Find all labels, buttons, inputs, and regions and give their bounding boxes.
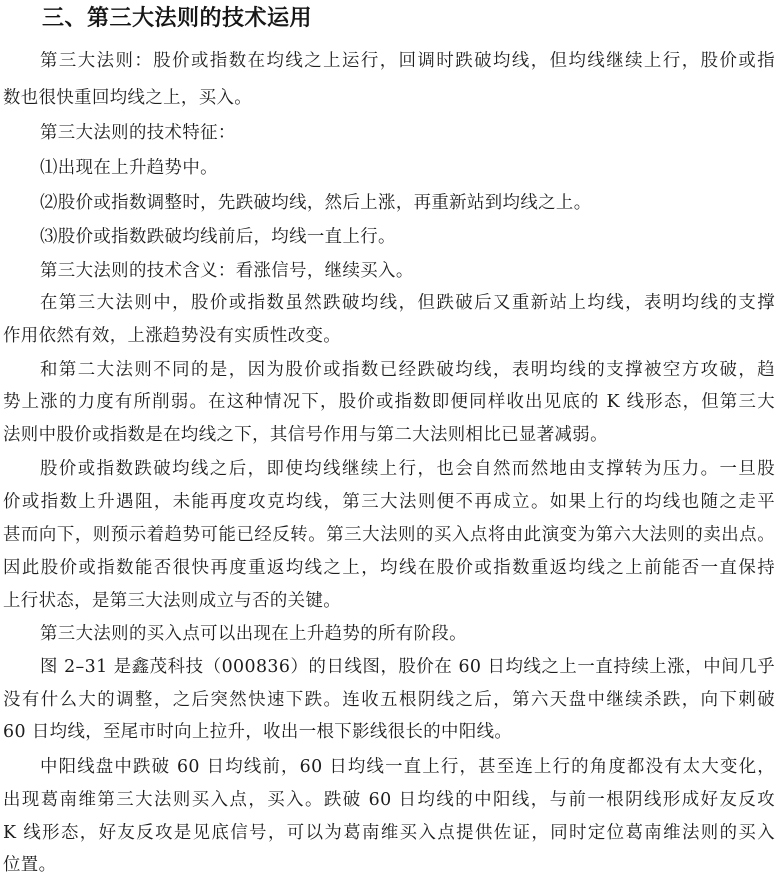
text-line: 价或指数上升遇阻，未能再度攻克均线，第三大法则便不再成立。如果上行的均线也随之走… [3, 489, 775, 515]
text-line: 没有什么大的调整，之后突然快速下跌。连收五根阴线之后，第六天盘中继续杀跌，向下刺… [3, 687, 775, 713]
text-line: 甚而向下，则预示着趋势可能已经反转。第三大法则的买入点将由此演变为第六大法则的卖… [3, 522, 775, 548]
document-page: 三、第三大法则的技术运用 第三大法则：股价或指数在均线之上运行，回调时跌破均线，… [0, 0, 778, 879]
text-line: 60 日均线，至尾市时向上拉升，收出一根下影线很长的中阳线。 [3, 719, 775, 745]
text-line: 第三大法则的技术特征： [40, 120, 775, 146]
text-line: 第三大法则的技术含义：看涨信号，继续买入。 [40, 258, 775, 284]
text-line: K 线形态，好友反攻是见底信号，可以为葛南维买入点提供佐证，同时定位葛南维法则的… [3, 820, 775, 846]
text-line: 中阳线盘中跌破 60 日均线前，60 日均线一直上行，甚至连上行的角度都没有太大… [40, 754, 775, 780]
text-line: 第三大法则的买入点可以出现在上升趋势的所有阶段。 [40, 621, 775, 647]
text-line: 数也很快重回均线之上，买入。 [3, 85, 775, 111]
text-line: 法则中股价或指数是在均线之下，其信号作用与第二大法则相比已显著减弱。 [3, 422, 775, 448]
text-line: 上行状态，是第三大法则成立与否的关键。 [3, 588, 775, 614]
text-line: ⑵股价或指数调整时，先跌破均线，然后上涨，再重新站到均线之上。 [40, 190, 775, 216]
text-line: 图 2–31 是鑫茂科技（000836）的日线图，股价在 60 日均线之上一直持… [40, 654, 775, 680]
text-line: 股价或指数跌破均线之后，即使均线继续上行，也会自然而然地由支撑转为压力。一旦股 [40, 456, 775, 482]
text-line: 在第三大法则中，股价或指数虽然跌破均线，但跌破后又重新站上均线，表明均线的支撑 [40, 290, 775, 316]
text-line: ⑶股价或指数跌破均线前后，均线一直上行。 [40, 224, 775, 250]
text-line: 势上涨的力度有所削弱。在这种情况下，股价或指数即便同样收出见底的 K 线形态，但… [3, 389, 775, 415]
section-heading: 三、第三大法则的技术运用 [42, 4, 312, 34]
text-line: 因此股价或指数能否很快再度重返均线之上，均线在股价或指数重返均线之上前能否一直保… [3, 555, 775, 581]
text-line: 第三大法则：股价或指数在均线之上运行，回调时跌破均线，但均线继续上行，股价或指 [40, 48, 775, 74]
text-line: 位置。 [3, 852, 775, 878]
text-line: ⑴出现在上升趋势中。 [40, 155, 775, 181]
text-line: 作用依然有效，上涨趋势没有实质性改变。 [3, 323, 775, 349]
text-line: 出现葛南维第三大法则买入点，买入。跌破 60 日均线的中阳线，与前一根阴线形成好… [3, 787, 775, 813]
text-line: 和第二大法则不同的是，因为股价或指数已经跌破均线，表明均线的支撑被空方攻破，趋 [40, 357, 775, 383]
